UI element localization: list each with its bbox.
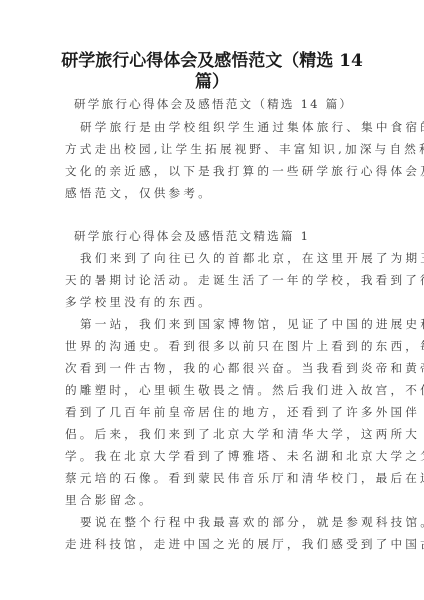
body-line: 侣。后来，我们来到了北京大学和清华大学，这两所大 <box>65 426 365 442</box>
body-line: 看到了几百年前皇帝居住的地方，还看到了许多外国伴 <box>65 404 365 420</box>
body-line: 里合影留念。 <box>65 492 365 508</box>
body-line: 多学校里没有的东西。 <box>65 294 365 310</box>
body-line: 第一站，我们来到国家博物馆，见证了中国的进展史和 <box>80 316 380 332</box>
body-line: 天的暑期讨论活动。走诞生活了一年的学校，我看到了很 <box>65 272 365 288</box>
document-subtitle: 研学旅行心得体会及感悟范文（精选 14 篇） <box>74 96 374 112</box>
document-title-line-1: 研学旅行心得体会及感悟范文（精选 14 <box>0 51 424 72</box>
body-line: 要说在整个行程中我最喜欢的部分，就是参观科技馆。 <box>80 514 380 530</box>
body-line: 次看到一件古物，我的心都很兴奋。当我看到炎帝和黄帝 <box>65 360 365 376</box>
body-line: 走进科技馆，走进中国之光的展厅，我们感受到了中国古 <box>65 536 365 552</box>
intro-line: 方式走出校园,让学生拓展视野、丰富知识,加深与自然和 <box>65 141 365 157</box>
intro-line: 感悟范文，仅供参考。 <box>65 185 365 201</box>
intro-line: 研学旅行是由学校组织学生通过集体旅行、集中食宿的 <box>80 119 380 135</box>
document-page: 研学旅行心得体会及感悟范文（精选 14 篇） 研学旅行心得体会及感悟范文（精选 … <box>0 0 424 600</box>
body-line: 学。我在北京大学看到了博雅塔、未名湖和北京大学之父 <box>65 448 365 464</box>
body-line: 蔡元培的石像。看到蒙民伟音乐厅和清华校门，最后在这 <box>65 470 365 486</box>
document-title-line-2: 篇） <box>0 72 424 93</box>
body-line: 我们来到了向往已久的首都北京，在这里开展了为期三 <box>80 250 380 266</box>
intro-line: 文化的亲近感，以下是我打算的一些研学旅行心得体会及 <box>65 163 365 179</box>
body-line: 世界的沟通史。看到很多以前只在图片上看到的东西，每 <box>65 338 365 354</box>
body-line: 的雕塑时，心里顿生敬畏之情。然后我们进入故宫，不仅 <box>65 382 365 398</box>
section-heading: 研学旅行心得体会及感悟范文精选篇 1 <box>74 228 374 244</box>
